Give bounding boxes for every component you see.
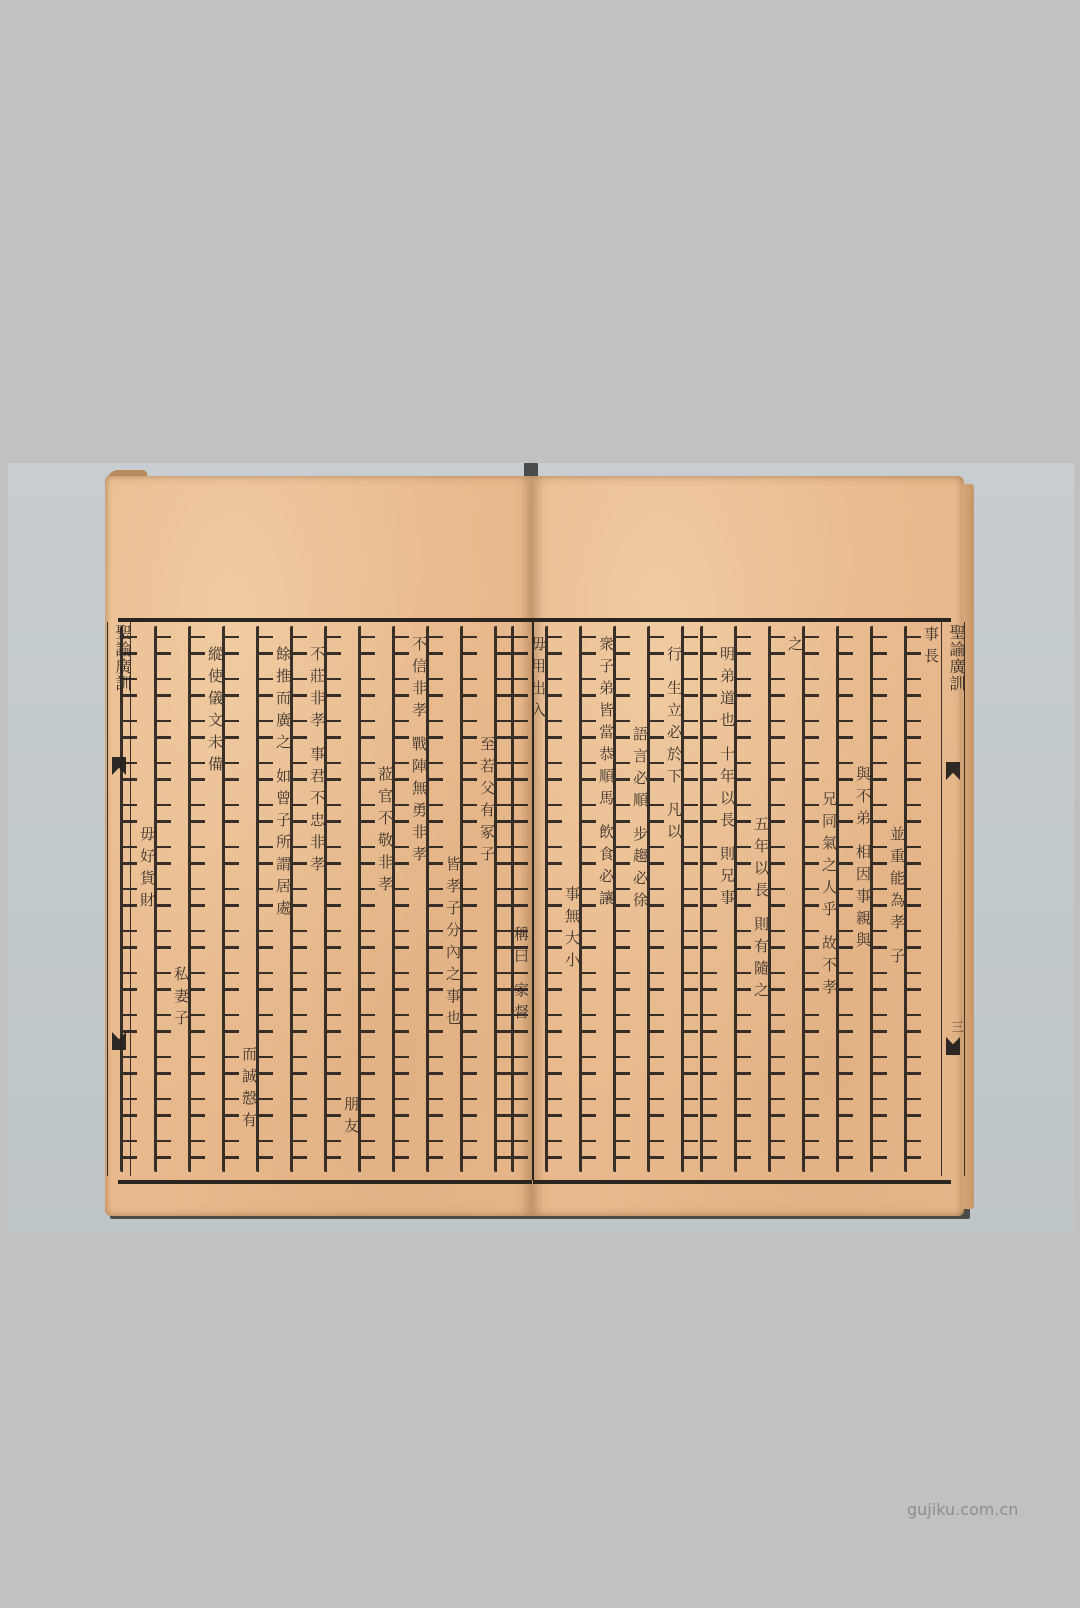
manchu-script bbox=[870, 626, 887, 1172]
manchu-script bbox=[700, 626, 717, 1172]
manchu-script bbox=[256, 626, 273, 1172]
text-column: 不信非孝 戰陣無勇非孝 bbox=[392, 626, 426, 1172]
manchu-script bbox=[154, 626, 171, 1172]
right-margin-title: 聖諭廣訓 bbox=[945, 624, 968, 692]
text-column: 毋好貨財 bbox=[120, 626, 154, 1172]
fishtail-mark-icon bbox=[946, 1037, 960, 1055]
manchu-script bbox=[836, 626, 853, 1172]
text-column: 皆孝子分內之事也 bbox=[426, 626, 460, 1172]
text-column: 語言必順 步趨必徐 bbox=[613, 626, 647, 1172]
right-margin-column: 聖諭廣訓 三 bbox=[941, 622, 965, 1176]
manchu-script bbox=[647, 626, 664, 1172]
manchu-script bbox=[120, 626, 137, 1172]
text-column: 至若父有冢子 bbox=[460, 626, 494, 1172]
manchu-script bbox=[222, 626, 239, 1172]
text-column: 餘推而廣之 如曾子所謂居處 bbox=[256, 626, 290, 1172]
watermark: gujiku.com.cn bbox=[907, 1500, 1018, 1519]
manchu-script bbox=[392, 626, 409, 1172]
right-page-text: 事長 並重能為孝 子 與不弟 相因事親與 兄同氣之人乎 故不孝 之 五年以長 則… bbox=[540, 626, 938, 1172]
manchu-script bbox=[290, 626, 307, 1172]
text-column: 稱曰 家督 bbox=[494, 626, 528, 1172]
manchu-script bbox=[768, 626, 785, 1172]
text-column: 並重能為孝 子 bbox=[870, 626, 904, 1172]
text-column: 衆子弟皆當恭順馬 飲食必讓 bbox=[579, 626, 613, 1172]
manchu-script bbox=[358, 626, 375, 1172]
manchu-script bbox=[188, 626, 205, 1172]
page-number: 三 bbox=[946, 1020, 965, 1034]
text-column: 行 生立必於下 凡以 bbox=[647, 626, 681, 1172]
text-column: 朋友 bbox=[324, 626, 358, 1172]
text-column: 蒞官不敬非孝 bbox=[358, 626, 392, 1172]
manchu-script bbox=[734, 626, 751, 1172]
text-column: 事無大小 bbox=[545, 626, 579, 1172]
text-column: 不莊非孝 事君不忠非孝 bbox=[290, 626, 324, 1172]
text-column: 五年以長 則有隨之 bbox=[734, 626, 768, 1172]
manchu-script bbox=[904, 626, 921, 1172]
text-column: 之 bbox=[768, 626, 802, 1172]
manchu-script bbox=[324, 626, 341, 1172]
text-column: 與不弟 相因事親與 bbox=[836, 626, 870, 1172]
left-page-text: 稱曰 家督 至若父有冢子 皆孝子分內之事也 不信非孝 戰陣無勇非孝 蒞官不敬非孝… bbox=[128, 626, 528, 1172]
manchu-script bbox=[802, 626, 819, 1172]
text-column: 而誠慤有 bbox=[222, 626, 256, 1172]
manchu-script bbox=[579, 626, 596, 1172]
manchu-script bbox=[545, 626, 562, 1172]
manchu-script bbox=[494, 626, 511, 1172]
manchu-script bbox=[681, 626, 698, 1172]
manchu-script bbox=[426, 626, 443, 1172]
manchu-script bbox=[613, 626, 630, 1172]
text-column: 明弟道也 十年以長 則兄事 bbox=[700, 626, 734, 1172]
text-column: 兄同氣之人乎 故不孝 bbox=[802, 626, 836, 1172]
fishtail-mark-icon bbox=[946, 762, 960, 780]
text-column: 事長 bbox=[904, 626, 938, 1172]
text-column: 私妻子 bbox=[154, 626, 188, 1172]
manchu-script bbox=[460, 626, 477, 1172]
text-column bbox=[681, 626, 700, 1172]
text-column: 縱使儀文未備 bbox=[188, 626, 222, 1172]
